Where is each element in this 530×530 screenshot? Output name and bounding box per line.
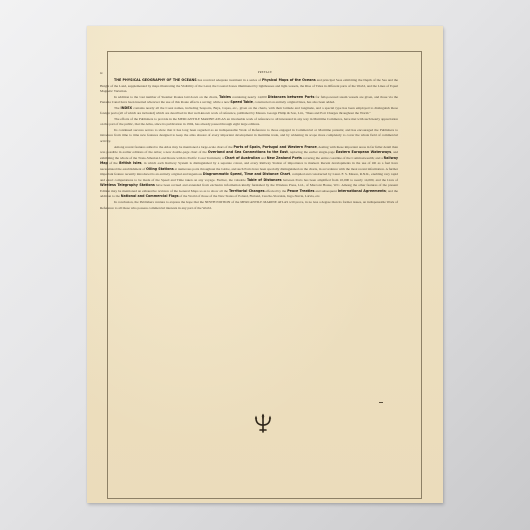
emphasized-term: International Agreements: [338, 189, 386, 193]
preface-paragraph: THE PHYSICAL GEOGRAPHY OF THE OCEANS has…: [100, 78, 398, 95]
preface-paragraph: In addition to the vast number of Steame…: [100, 95, 398, 106]
emphasized-term: THE PHYSICAL GEOGRAPHY OF THE OCEANS: [114, 78, 197, 82]
paragraph-text: of the World of those of the New States …: [179, 194, 321, 198]
paragraph-text: of the: [108, 161, 119, 165]
preface-paragraph: Among recent features added to the Atlas…: [100, 145, 398, 200]
emphasized-term: British Isles: [119, 161, 141, 165]
emphasized-term: Ports of Spain, Portugal and Western Fra…: [233, 145, 316, 149]
paragraph-text: and: [260, 156, 267, 160]
emphasized-term: Territorial Changes: [229, 189, 265, 193]
preface-paragraph: The efforts of the Publishers to provide…: [100, 117, 398, 128]
emphasized-term: National and Commercial Flags: [121, 194, 179, 198]
paragraph-text: In conclusion, the Publishers venture to…: [100, 200, 398, 210]
emphasized-term: Overland and Sea Connections to the East: [208, 150, 288, 154]
paragraph-text: between Ports has been amplified from 10…: [282, 178, 398, 182]
paragraph-text: Its continued success serves to show tha…: [100, 128, 398, 143]
paragraph-text: In addition to the vast number of Steame…: [114, 95, 219, 99]
preface-paragraph: The INDEX contains nearly all the Coast …: [100, 106, 398, 117]
paragraph-text: The efforts of the Publishers to provide…: [100, 117, 398, 127]
emphasized-term: Chart of Australian: [225, 156, 260, 160]
paragraph-text: containing nearly 14,000: [231, 95, 268, 99]
preface-paragraph: In conclusion, the Publishers venture to…: [100, 200, 398, 211]
paragraph-text: and subsequent: [314, 189, 337, 193]
paragraph-text: covering the entire coastline of the Com…: [302, 156, 384, 160]
paragraph-text: , replacing the earlier single-page: [288, 150, 336, 154]
emphasized-term: New Zealand Ports: [267, 156, 302, 160]
emphasized-term: Speed Table: [230, 100, 253, 104]
page-heading: PREFACE: [87, 71, 443, 74]
emphasized-term: Diagrammatic Speed, Time and Distance Ch…: [203, 172, 290, 176]
paragraph-text: effected by the: [265, 189, 288, 193]
emphasized-term: Eastern European Waterways: [336, 150, 391, 154]
paragraph-text: contains nearly all the Coast names, inc…: [100, 106, 398, 116]
poster-sheet: iv. PREFACE THE PHYSICAL GEOGRAPHY OF TH…: [87, 26, 443, 503]
trident-icon: [254, 413, 272, 433]
emphasized-term: Physical Maps of the Oceans: [262, 78, 316, 82]
rule-mark: [379, 402, 383, 403]
paragraph-text: , constructed on entirely original lines…: [253, 100, 335, 104]
emphasized-term: Peace Treaties: [287, 189, 314, 193]
emphasized-term: Tables: [219, 95, 231, 99]
paragraph-text: has received adequate treatment in a ser…: [197, 78, 262, 82]
emphasized-term: Oiling Stations: [146, 167, 174, 171]
emphasized-term: Table of Distances: [247, 178, 282, 182]
paragraph-text: Among recent features added to the Atlas…: [114, 145, 233, 149]
preface-paragraph: Its continued success serves to show tha…: [100, 128, 398, 145]
emphasized-term: Wireless Telegraphy Stations: [100, 183, 155, 187]
emphasized-term: Distances between Ports: [268, 95, 315, 99]
preface-body: THE PHYSICAL GEOGRAPHY OF THE OCEANS has…: [100, 78, 398, 211]
emphasized-term: INDEX: [121, 106, 133, 110]
